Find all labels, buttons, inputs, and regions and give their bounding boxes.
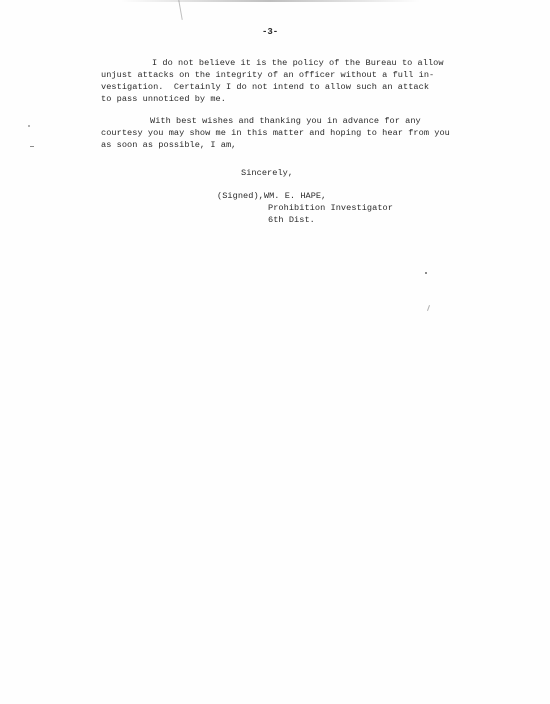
paper-crease: [178, 0, 182, 20]
closing-salutation: Sincerely,: [241, 168, 293, 178]
text-line: to pass unnoticed by me.: [101, 94, 226, 104]
page-number: -3-: [262, 27, 278, 37]
text-line: With best wishes and thanking you in adv…: [150, 116, 421, 126]
signature-name: (Signed),WM. E. HAPE,: [217, 191, 326, 201]
margin-mark: [30, 146, 34, 147]
text-line: I do not believe it is the policy of the…: [152, 58, 444, 68]
text-line: vestigation. Certainly I do not intend t…: [101, 82, 429, 92]
text-line: unjust attacks on the integrity of an of…: [101, 70, 434, 80]
ink-speck: [427, 305, 430, 311]
document-page: -3- I do not believe it is the policy of…: [0, 0, 550, 704]
margin-mark: [28, 125, 30, 127]
text-line: courtesy you may show me in this matter …: [101, 128, 450, 138]
page-edge-shadow: [120, 0, 420, 2]
text-line: as soon as possible, I am,: [101, 140, 236, 150]
ink-speck: [425, 272, 427, 274]
signature-district: 6th Dist.: [268, 215, 315, 225]
signature-title: Prohibition Investigator: [268, 203, 393, 213]
